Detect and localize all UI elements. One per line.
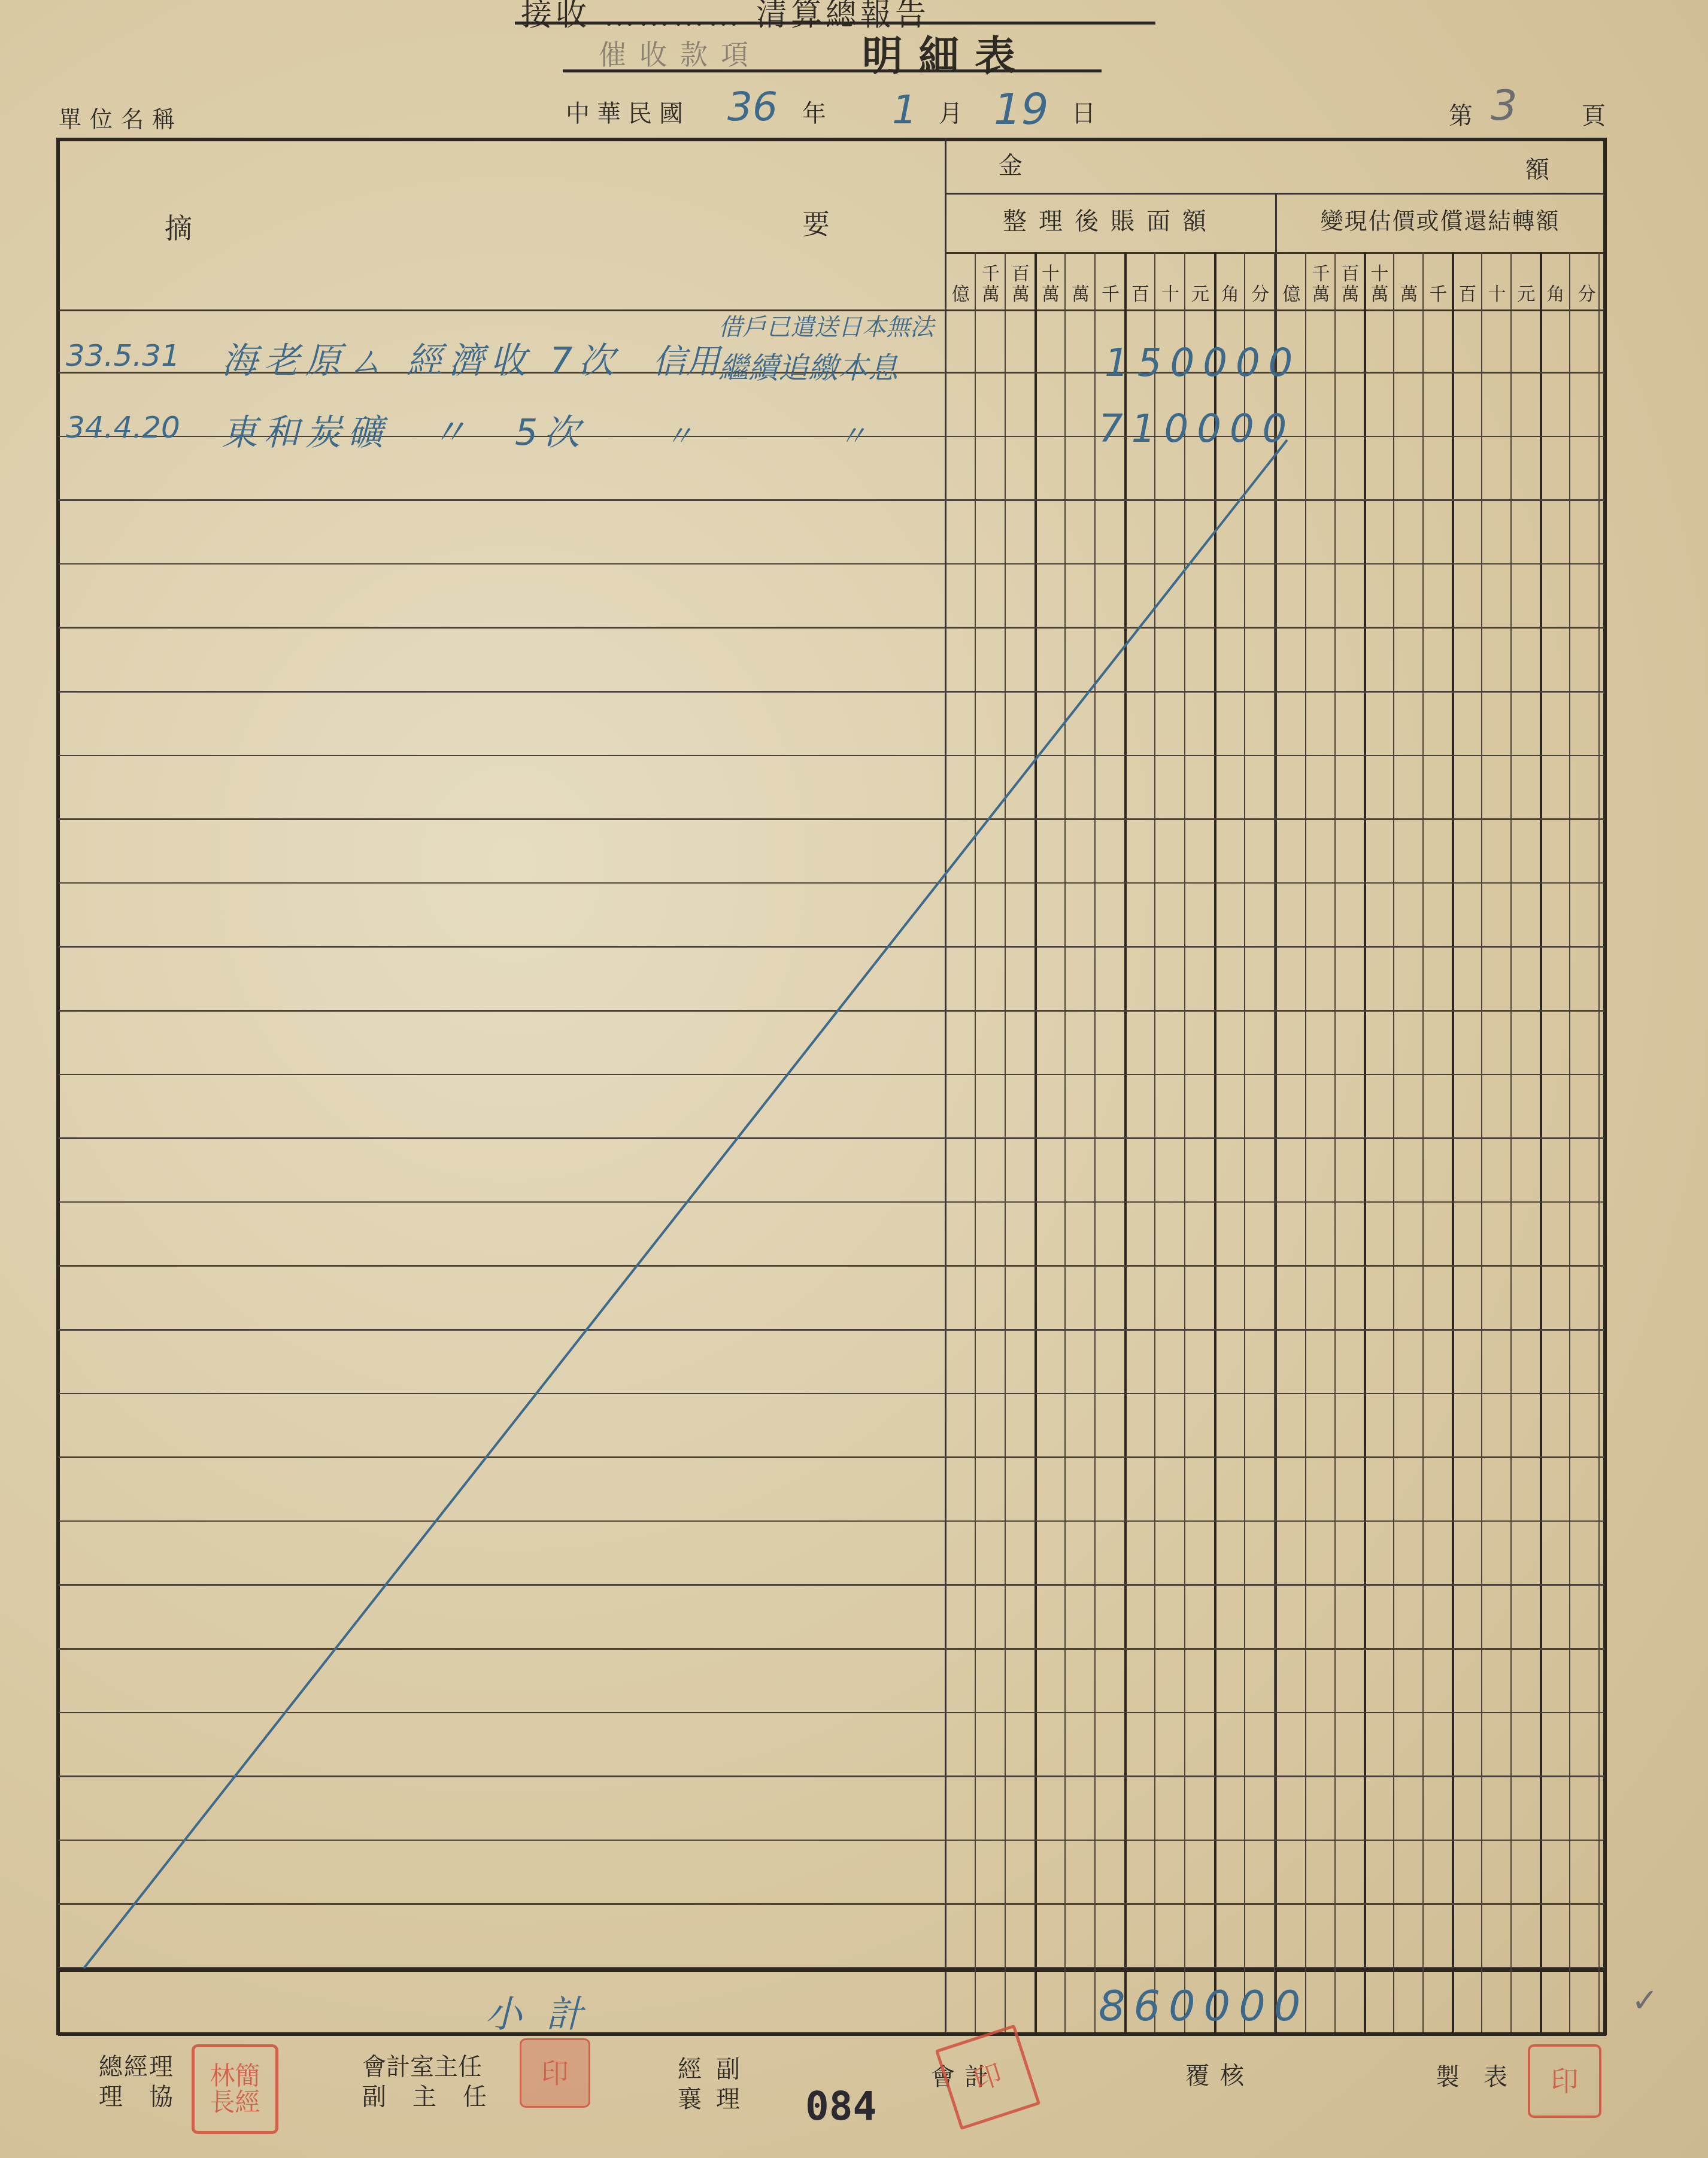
accounting-chief-label: 會計室主任 副主任	[362, 2052, 513, 2112]
gm-label-line1: 總經理	[99, 2052, 199, 2082]
mgr-label-line2: 襄理	[678, 2084, 754, 2114]
subtotal-label: 小計	[485, 1984, 607, 2038]
gm-seal-stamp: 林簡 長經	[192, 2044, 278, 2134]
check-mark: ✓	[1631, 1981, 1658, 2019]
accounting-chief-seal-stamp: 印	[520, 2038, 590, 2108]
acct-label-line2: 副主任	[362, 2082, 513, 2112]
gm-label: 總經理 理協	[99, 2052, 199, 2112]
preparer-seal-stamp: 印	[1528, 2044, 1601, 2118]
serial-number: 084	[805, 2083, 876, 2129]
prepared-by-label: 製表	[1436, 2058, 1531, 2092]
diagonal-cancel-line	[0, 0, 1708, 2158]
subtotal-amount: 860000	[1099, 1981, 1309, 2030]
gm-label-line2: 理協	[99, 2082, 199, 2112]
mgr-label-line1: 經副	[678, 2054, 754, 2084]
manager-label: 經副 襄理	[678, 2054, 754, 2114]
review-label: 覆核	[1185, 2057, 1255, 2091]
acct-label-line1: 會計室主任	[362, 2052, 513, 2082]
